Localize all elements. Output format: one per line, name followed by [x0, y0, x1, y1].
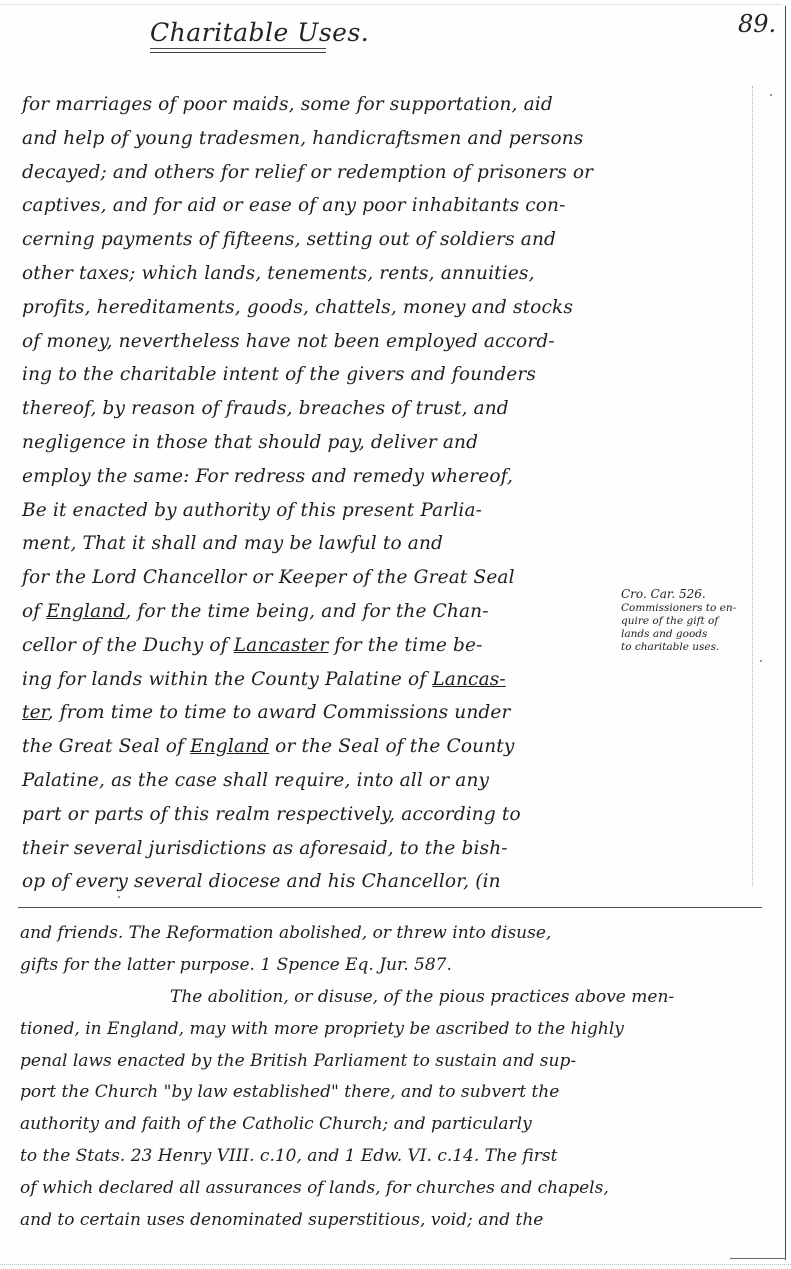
underlined-word: Lancas-: [432, 669, 505, 690]
margin-note: Cro. Car. 526. Commissioners to en- quir…: [621, 586, 781, 654]
text-line: profits, hereditaments, goods, chattels,…: [22, 291, 630, 325]
text-line: Be it enacted by authority of this prese…: [22, 494, 630, 528]
footnote-line: to the Stats. 23 Henry VIII. c.10, and 1…: [20, 1141, 760, 1173]
footnote-line: authority and faith of the Catholic Chur…: [20, 1109, 760, 1141]
text-line: thereof, by reason of frauds, breaches o…: [22, 392, 630, 426]
manuscript-page: Charitable Uses. 89. for marriages of po…: [0, 0, 791, 1269]
footnote-line: gifts for the latter purpose. 1 Spence E…: [20, 950, 760, 982]
page-right-border: [785, 6, 786, 1260]
underlined-word: England: [190, 736, 269, 757]
text-line: cerning payments of fifteens, setting ou…: [22, 223, 630, 257]
scan-speck: [118, 896, 120, 898]
margin-note-line: Commissioners to en-: [621, 602, 781, 615]
text-line: the Great Seal of England or the Seal of…: [22, 730, 630, 764]
scan-speck: [760, 660, 762, 662]
text-line: of England, for the time being, and for …: [22, 595, 630, 629]
footnote-line: and friends. The Reformation abolished, …: [20, 918, 760, 950]
text-line: their several jurisdictions as aforesaid…: [22, 832, 630, 866]
text-line: for marriages of poor maids, some for su…: [22, 88, 630, 122]
text-line: ment, That it shall and may be lawful to…: [22, 527, 630, 561]
margin-rule-line: [752, 86, 753, 886]
footnote-line: of which declared all assurances of land…: [20, 1173, 760, 1205]
text-line: of money, nevertheless have not been emp…: [22, 325, 630, 359]
page-heading: Charitable Uses.: [150, 18, 369, 47]
footnote-line: and to certain uses denominated supersti…: [20, 1205, 760, 1237]
footnote-line: The abolition, or disuse, of the pious p…: [20, 982, 760, 1014]
scan-speck: [770, 94, 772, 96]
text-line: ter, from time to time to award Commissi…: [22, 696, 630, 730]
text-line: decayed; and others for relief or redemp…: [22, 156, 630, 190]
text-line: other taxes; which lands, tenements, ren…: [22, 257, 630, 291]
text-line: cellor of the Duchy of Lancaster for the…: [22, 629, 630, 663]
underlined-word: England: [46, 601, 125, 622]
margin-note-line: lands and goods: [621, 628, 781, 641]
text-line: ing to the charitable intent of the give…: [22, 358, 630, 392]
scan-top-edge: [0, 4, 781, 6]
margin-note-reference: Cro. Car. 526.: [621, 586, 781, 602]
margin-note-line: quire of the gift of: [621, 615, 781, 628]
margin-note-line: to charitable uses.: [621, 641, 781, 654]
footnote-line: penal laws enacted by the British Parlia…: [20, 1046, 760, 1078]
text-line: negligence in those that should pay, del…: [22, 426, 630, 460]
underlined-word: Lancaster: [234, 635, 329, 656]
text-line: ing for lands within the County Palatine…: [22, 663, 630, 697]
text-line: and help of young tradesmen, handicrafts…: [22, 122, 630, 156]
underlined-word: ter: [22, 702, 48, 723]
footnote-line: port the Church "by law established" the…: [20, 1077, 760, 1109]
text-line: op of every several diocese and his Chan…: [22, 865, 630, 899]
text-line: captives, and for aid or ease of any poo…: [22, 189, 630, 223]
text-line: Palatine, as the case shall require, int…: [22, 764, 630, 798]
footnote-separator-rule: [18, 907, 762, 908]
footnote-text-block: and friends. The Reformation abolished, …: [20, 918, 760, 1237]
heading-double-underline: [150, 48, 326, 53]
page-number: 89.: [738, 10, 776, 38]
text-line: for the Lord Chancellor or Keeper of the…: [22, 561, 630, 595]
footnote-line: tioned, in England, may with more propri…: [20, 1014, 760, 1046]
page-border-corner: [730, 1258, 786, 1259]
text-line: part or parts of this realm respectively…: [22, 798, 630, 832]
main-text-block: for marriages of poor maids, some for su…: [22, 88, 630, 899]
scan-bottom-edge: [0, 1264, 791, 1266]
text-line: employ the same: For redress and remedy …: [22, 460, 630, 494]
